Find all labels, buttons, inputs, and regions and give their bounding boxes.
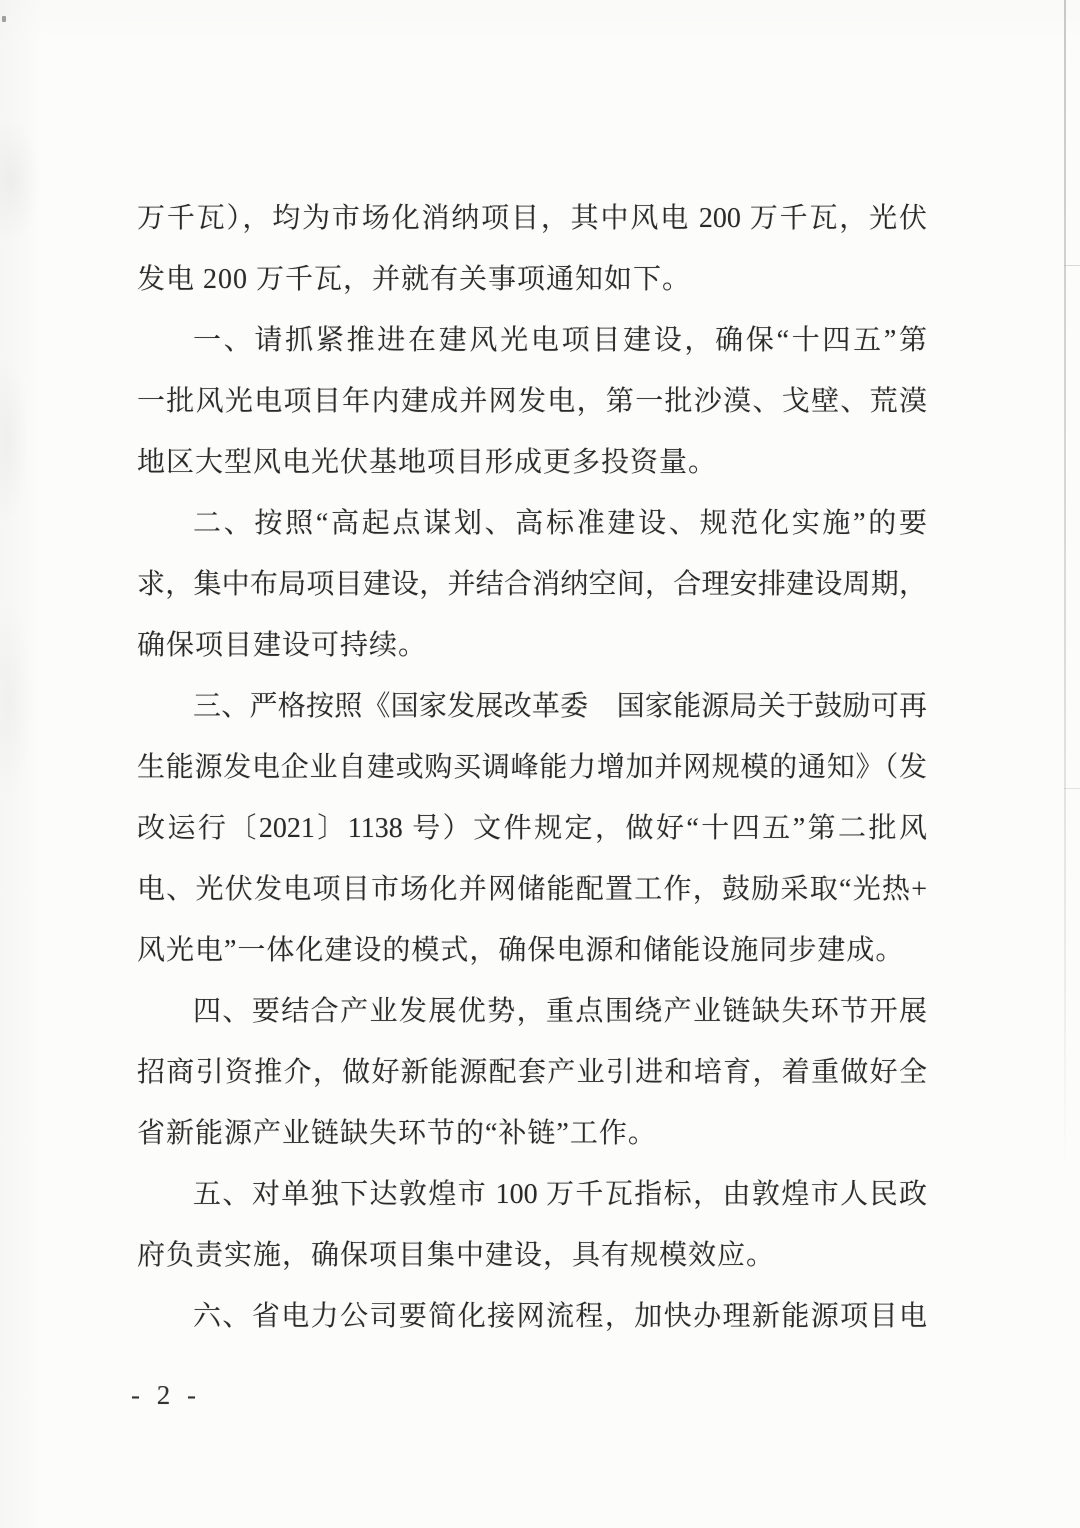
document-body: 万千瓦），均为市场化消纳项目，其中风电 200 万千瓦，光伏 发电 200 万千… [137, 188, 927, 1347]
text-line: 一、请抓紧推进在建风光电项目建设，确保“十四五”第 [137, 310, 927, 371]
text-line: 府负责实施，确保项目集中建设，具有规模效应。 [137, 1225, 927, 1286]
page-number: - 2 - [131, 1380, 201, 1411]
text-line: 三、严格按照《国家发展改革委 国家能源局关于鼓励可再 [137, 676, 927, 737]
text-line: 二、按照“高起点谋划、高标准建设、规范化实施”的要 [137, 493, 927, 554]
text-line: 发电 200 万千瓦，并就有关事项通知如下。 [137, 249, 927, 310]
text-line: 四、要结合产业发展优势，重点围绕产业链缺失环节开展 [137, 981, 927, 1042]
text-line: 省新能源产业链缺失环节的“补链”工作。 [137, 1103, 927, 1164]
text-line: 电、光伏发电项目市场化并网储能配置工作，鼓励采取“光热+ [137, 859, 927, 920]
scan-artifact-vertical-line [1064, 0, 1066, 1170]
scan-smudges-left [0, 60, 70, 960]
text-line: 万千瓦），均为市场化消纳项目，其中风电 200 万千瓦，光伏 [137, 188, 927, 249]
text-line: 招商引资推介，做好新能源配套产业引进和培育，着重做好全 [137, 1042, 927, 1103]
text-line: 一批风光电项目年内建成并网发电，第一批沙漠、戈壁、荒漠 [137, 371, 927, 432]
text-line: 风光电”一体化建设的模式，确保电源和储能设施同步建成。 [137, 920, 927, 981]
text-line: 确保项目建设可持续。 [137, 615, 927, 676]
text-line: 求，集中布局项目建设，并结合消纳空间，合理安排建设周期， [137, 554, 927, 615]
text-line: 六、省电力公司要简化接网流程，加快办理新能源项目电 [137, 1286, 927, 1347]
scanned-document-page: 万千瓦），均为市场化消纳项目，其中风电 200 万千瓦，光伏 发电 200 万千… [0, 0, 1080, 1528]
scan-artifact-tick [1064, 788, 1080, 789]
scan-speck [2, 16, 6, 22]
text-line: 五、对单独下达敦煌市 100 万千瓦指标，由敦煌市人民政 [137, 1164, 927, 1225]
text-line: 生能源发电企业自建或购买调峰能力增加并网规模的通知》（发 [137, 737, 927, 798]
text-line: 改运行〔2021〕1138 号）文件规定，做好“十四五”第二批风 [137, 798, 927, 859]
scan-artifact-tick [1064, 265, 1080, 266]
text-line: 地区大型风电光伏基地项目形成更多投资量。 [137, 432, 927, 493]
